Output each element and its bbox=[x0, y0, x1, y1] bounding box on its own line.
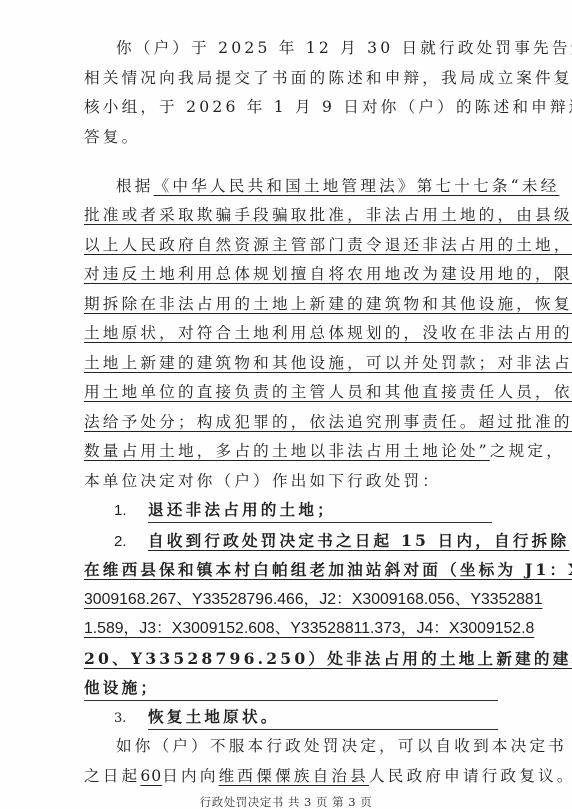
law-citation-tail: 之规定， bbox=[490, 442, 565, 460]
decision-intro: 本单位决定对你（户）作出如下行政处罚： bbox=[84, 467, 498, 496]
penalty-3-text: 恢复土地原状。 bbox=[148, 705, 498, 730]
penalty-3: 3.恢复土地原状。 bbox=[114, 703, 498, 732]
paragraph-1-line-3: 核小组，于 2026 年 1 月 9 日对你（户）的陈述和申辩进行 bbox=[84, 93, 498, 122]
penalty-2-number: 2. bbox=[114, 527, 148, 556]
law-citation-line-6: 土地原状，对符合土地利用总体规划的，没收在非法占用的 bbox=[84, 319, 498, 348]
penalty-1-number: 1. bbox=[114, 496, 148, 525]
penalty-2-text: 自收到行政处罚决定书之日起 15 日内，自行拆除 bbox=[148, 531, 569, 550]
penalty-2-line-5: 20、Y33528796.250）处非法占用的土地上新建的建筑物和其 bbox=[84, 644, 498, 673]
appeal-prefix: 之日起 bbox=[84, 767, 140, 785]
law-citation-line-2: 批准或者采取欺骗手段骗取批准，非法占用土地的，由县级 bbox=[84, 201, 498, 230]
penalty-2-line-2: 在维西县保和镇本村白帕组老加油站斜对面（坐标为 J1：X bbox=[84, 555, 498, 584]
penalty-2-coords-2: 1.589，J3：X3009152.608、Y33528811.373，J4：X… bbox=[84, 614, 498, 643]
paragraph-1-line-1: 你（户）于 2025 年 12 月 30 日就行政处罚事先告知书 bbox=[84, 34, 498, 63]
appeal-mid: 日内向 bbox=[162, 767, 218, 785]
penalty-2-coords-1: 3009168.267、Y33528796.466，J2：X3009168.05… bbox=[84, 585, 498, 614]
paragraph-1-line-2: 相关情况向我局提交了书面的陈述和申辩，我局成立案件复 bbox=[84, 64, 498, 93]
law-citation-line-9: 法给予处分；构成犯罪的，依法追究刑事责任。超过批准的 bbox=[84, 408, 498, 437]
penalty-3-number: 3. bbox=[114, 704, 148, 733]
law-citation-line-8: 用土地单位的直接负责的主管人员和其他直接责任人员，依 bbox=[84, 378, 498, 407]
appeal-suffix: 人民政府申请行政复议。 bbox=[369, 767, 572, 785]
penalty-2-line-1: 2.自收到行政处罚决定书之日起 15 日内，自行拆除 bbox=[114, 526, 498, 555]
page-footer: 行政处罚决定书 共 3 页 第 3 页 bbox=[0, 794, 572, 809]
law-citation: 《中华人民共和国土地管理法》第七十七条“未经 bbox=[154, 177, 560, 195]
penalty-1: 1.退还非法占用的土地； bbox=[114, 496, 492, 525]
legal-basis-lead: 根据 bbox=[116, 177, 154, 195]
law-citation-line-3: 以上人民政府自然资源主管部门责令退还非法占用的土地， bbox=[84, 231, 498, 260]
penalty-2-line-6: 他设施； bbox=[84, 673, 498, 702]
law-citation-line-10: 数量占用土地，多占的土地以非法占用土地论处”之规定， bbox=[84, 437, 498, 466]
paragraph-1-line-4: 答复。 bbox=[84, 123, 498, 152]
appeal-line-2: 之日起60日内向维西傈僳族自治县人民政府申请行政复议。 bbox=[84, 762, 514, 791]
law-citation-line-7: 土地上新建的建筑物和其他设施，可以并处罚款；对非法占 bbox=[84, 349, 498, 378]
law-citation-line-4: 对违反土地利用总体规划擅自将农用地改为建设用地的，限 bbox=[84, 260, 498, 289]
appeal-days: 60 bbox=[140, 767, 162, 785]
appeal-authority: 维西傈僳族自治县 bbox=[219, 767, 369, 785]
law-citation-end: 数量占用土地，多占的土地以非法占用土地论处” bbox=[84, 442, 490, 460]
penalty-1-text: 退还非法占用的土地； bbox=[148, 498, 492, 523]
penalty-2-end: 他设施； bbox=[84, 676, 498, 701]
law-citation-line-5: 期拆除在非法占用的土地上新建的建筑物和其他设施，恢复 bbox=[84, 290, 498, 319]
appeal-line-1: 如你（户）不服本行政处罚决定，可以自收到本决定书 bbox=[84, 732, 498, 761]
legal-basis-line-1: 根据《中华人民共和国土地管理法》第七十七条“未经 bbox=[84, 172, 498, 201]
